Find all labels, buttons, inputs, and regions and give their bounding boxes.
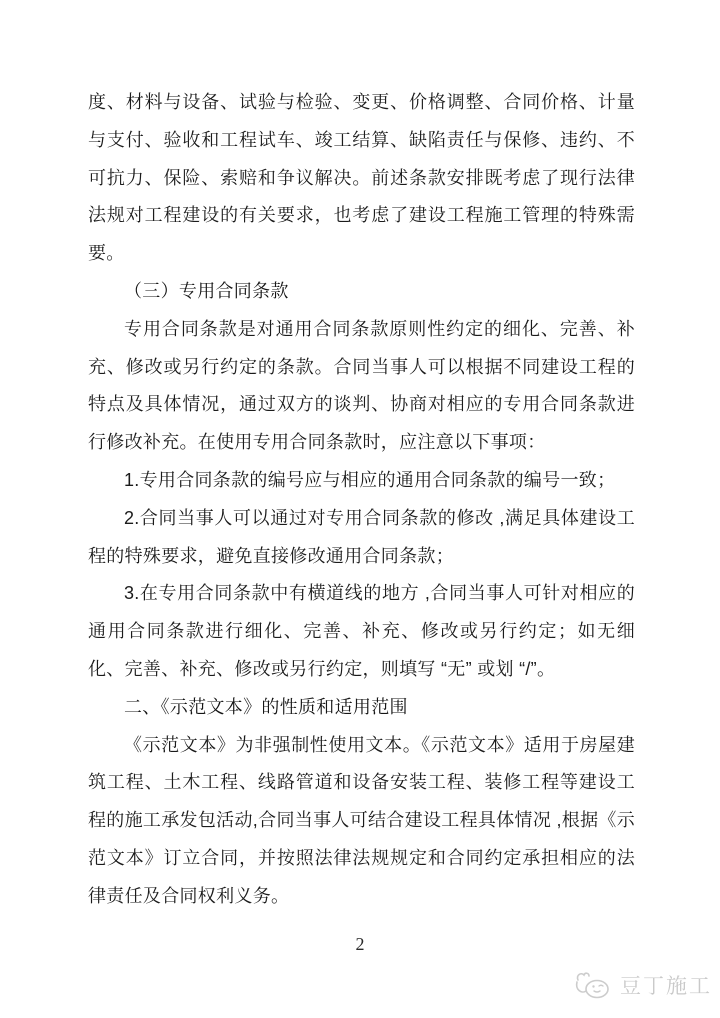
page-number: 2 xyxy=(0,934,720,955)
watermark-label: 豆丁施工 xyxy=(620,970,712,1000)
document-heading: （三）专用合同条款 xyxy=(88,273,635,311)
document-paragraph: 3.在专用合同条款中有横道线的地方 ,合同当事人可针对相应的通用合同条款进行细化… xyxy=(88,575,635,688)
document-paragraph: 《示范文本》为非强制性使用文本。《示范文本》适用于房屋建筑工程、土木工程、线路管… xyxy=(88,727,635,916)
document-page: 度、材料与设备、试验与检验、变更、价格调整、合同价格、计量与支付、验收和工程试车… xyxy=(0,0,720,1018)
document-paragraph: 1.专用合同条款的编号应与相应的通用合同条款的编号一致； xyxy=(88,462,635,500)
document-paragraph: 度、材料与设备、试验与检验、变更、价格调整、合同价格、计量与支付、验收和工程试车… xyxy=(88,84,635,273)
watermark: 豆丁施工 xyxy=(572,970,712,1000)
document-blocks: 度、材料与设备、试验与检验、变更、价格调整、合同价格、计量与支付、验收和工程试车… xyxy=(88,84,635,916)
docin-mascot-icon xyxy=(572,970,616,1000)
document-heading: 二、《示范文本》的性质和适用范围 xyxy=(88,689,635,727)
document-paragraph: 专用合同条款是对通用合同条款原则性约定的细化、完善、补充、修改或另行约定的条款。… xyxy=(88,311,635,462)
document-paragraph: 2.合同当事人可以通过对专用合同条款的修改 ,满足具体建设工程的特殊要求，避免直… xyxy=(88,500,635,576)
